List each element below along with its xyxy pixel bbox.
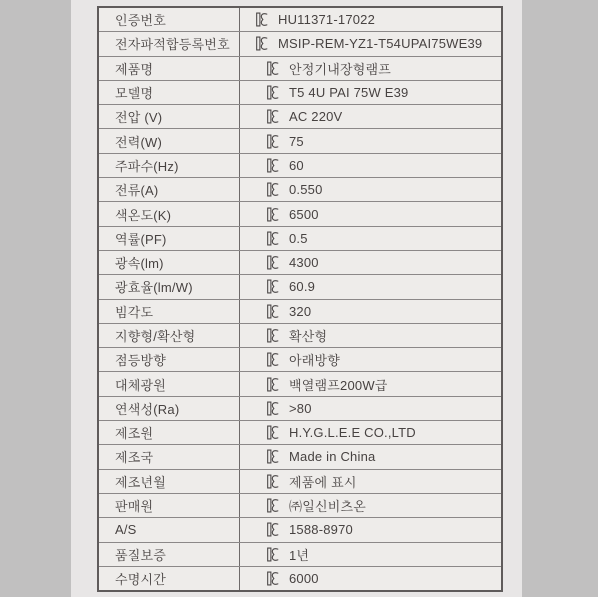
spec-value: AC 220V xyxy=(289,109,342,124)
spec-value: H.Y.G.L.E.E CO.,LTD xyxy=(289,425,416,440)
spec-value-cell: 안정기내장형램프 xyxy=(240,57,501,80)
kc-certification-icon xyxy=(265,278,280,295)
spec-label: 판매원 xyxy=(115,496,153,515)
kc-certification-icon xyxy=(265,84,280,101)
spec-label: 제조년월 xyxy=(115,472,166,491)
spec-label: 인증번호 xyxy=(115,10,166,29)
spec-value: 백열램프200W급 xyxy=(289,375,388,394)
spec-label-cell: 빔각도 xyxy=(99,300,240,323)
spec-label-cell: 모델명 xyxy=(99,81,240,104)
spec-value-cell: 6000 xyxy=(240,567,501,590)
spec-value: 제품에 표시 xyxy=(289,472,357,491)
spec-value-cell: 4300 xyxy=(240,251,501,274)
spec-value: 안정기내장형램프 xyxy=(289,59,391,78)
table-row: 점등방향 아래방향 xyxy=(99,348,501,372)
spec-value: 6500 xyxy=(289,207,319,222)
spec-label-cell: 역률(PF) xyxy=(99,227,240,250)
spec-value-cell: 확산형 xyxy=(240,324,501,347)
spec-label: 광속(lm) xyxy=(115,253,164,272)
spec-value-cell: 0.5 xyxy=(240,227,501,250)
spec-label-cell: 인증번호 xyxy=(99,8,240,31)
spec-value: Made in China xyxy=(289,449,375,464)
spec-label-cell: 제조국 xyxy=(99,445,240,468)
spec-label: A/S xyxy=(115,522,137,537)
kc-certification-icon xyxy=(265,497,280,514)
spec-label-cell: 전압 (V) xyxy=(99,105,240,128)
spec-value-cell: Made in China xyxy=(240,445,501,468)
spec-label: 지향형/확산형 xyxy=(115,326,195,345)
kc-certification-icon xyxy=(265,327,280,344)
product-spec-table: 인증번호 HU11371-17022 전자파적합등록번호 MSIP-REM xyxy=(97,6,503,592)
kc-certification-icon xyxy=(265,351,280,368)
table-row: 색온도(K) 6500 xyxy=(99,202,501,226)
table-row: 빔각도 320 xyxy=(99,300,501,324)
spec-label: 색온도(K) xyxy=(115,205,171,224)
kc-certification-icon xyxy=(265,570,280,587)
spec-value: 아래방향 xyxy=(289,350,340,369)
table-row: 수명시간 6000 xyxy=(99,567,501,590)
spec-label-cell: 전력(W) xyxy=(99,129,240,152)
spec-label-cell: 전자파적합등록번호 xyxy=(99,32,240,55)
spec-label-cell: 수명시간 xyxy=(99,567,240,590)
spec-label: 수명시간 xyxy=(115,569,166,588)
table-row: 판매원 ㈜일신비츠온 xyxy=(99,494,501,518)
spec-value-cell: MSIP-REM-YZ1-T54UPAI75WE39 xyxy=(240,32,501,55)
kc-certification-icon xyxy=(265,473,280,490)
spec-label: 광효율(lm/W) xyxy=(115,277,193,296)
table-row: 광속(lm) 4300 xyxy=(99,251,501,275)
spec-value: ㈜일신비츠온 xyxy=(289,496,366,515)
kc-certification-icon xyxy=(265,133,280,150)
spec-value-cell: 제품에 표시 xyxy=(240,470,501,493)
kc-certification-icon xyxy=(265,303,280,320)
spec-value-cell: AC 220V xyxy=(240,105,501,128)
spec-label-cell: 광속(lm) xyxy=(99,251,240,274)
spec-value: 320 xyxy=(289,304,311,319)
spec-value-cell: H.Y.G.L.E.E CO.,LTD xyxy=(240,421,501,444)
spec-value-cell: >80 xyxy=(240,397,501,420)
spec-value: 0.5 xyxy=(289,231,308,246)
table-row: 전압 (V) AC 220V xyxy=(99,105,501,129)
spec-label: 품질보증 xyxy=(115,545,166,564)
kc-certification-icon xyxy=(265,181,280,198)
spec-label-cell: 점등방향 xyxy=(99,348,240,371)
spec-value-cell: HU11371-17022 xyxy=(240,8,501,31)
table-row: 역률(PF) 0.5 xyxy=(99,227,501,251)
spec-value: 4300 xyxy=(289,255,319,270)
spec-value: HU11371-17022 xyxy=(278,12,375,27)
spec-label: 제품명 xyxy=(115,59,153,78)
spec-value: 1588-8970 xyxy=(289,522,353,537)
spec-label-cell: 주파수(Hz) xyxy=(99,154,240,177)
spec-value-cell: 1588-8970 xyxy=(240,518,501,541)
spec-value: 60 xyxy=(289,158,304,173)
spec-label-cell: 제조년월 xyxy=(99,470,240,493)
kc-certification-icon xyxy=(265,60,280,77)
spec-label: 전류(A) xyxy=(115,180,158,199)
spec-label-cell: 제품명 xyxy=(99,57,240,80)
spec-label: 점등방향 xyxy=(115,350,166,369)
spec-label: 역률(PF) xyxy=(115,229,167,248)
spec-value-cell: 75 xyxy=(240,129,501,152)
kc-certification-icon xyxy=(265,230,280,247)
spec-value-cell: 0.550 xyxy=(240,178,501,201)
spec-label: 전력(W) xyxy=(115,132,162,151)
spec-value-cell: 60.9 xyxy=(240,275,501,298)
table-row: 대체광원 백열램프200W급 xyxy=(99,372,501,396)
spec-value-cell: ㈜일신비츠온 xyxy=(240,494,501,517)
table-row: 전류(A) 0.550 xyxy=(99,178,501,202)
spec-value: 1년 xyxy=(289,545,309,564)
spec-value: >80 xyxy=(289,401,312,416)
spec-value-cell: T5 4U PAI 75W E39 xyxy=(240,81,501,104)
spec-value: T5 4U PAI 75W E39 xyxy=(289,85,409,100)
kc-certification-icon xyxy=(254,35,269,52)
kc-certification-icon xyxy=(254,11,269,28)
spec-value-cell: 백열램프200W급 xyxy=(240,372,501,395)
spec-label: 전압 (V) xyxy=(115,107,162,126)
spec-label: 모델명 xyxy=(115,83,153,102)
spec-value: MSIP-REM-YZ1-T54UPAI75WE39 xyxy=(278,36,482,51)
spec-label-cell: 연색성(Ra) xyxy=(99,397,240,420)
spec-value-cell: 6500 xyxy=(240,202,501,225)
spec-label-cell: 광효율(lm/W) xyxy=(99,275,240,298)
spec-label: 제조국 xyxy=(115,447,153,466)
table-row: 지향형/확산형 확산형 xyxy=(99,324,501,348)
spec-label-cell: 전류(A) xyxy=(99,178,240,201)
kc-certification-icon xyxy=(265,254,280,271)
table-row: 제조국 Made in China xyxy=(99,445,501,469)
spec-label-cell: 대체광원 xyxy=(99,372,240,395)
kc-certification-icon xyxy=(265,108,280,125)
spec-value: 6000 xyxy=(289,571,319,586)
spec-label: 빔각도 xyxy=(115,302,153,321)
table-row: A/S 1588-8970 xyxy=(99,518,501,542)
spec-label-cell: 색온도(K) xyxy=(99,202,240,225)
kc-certification-icon xyxy=(265,206,280,223)
spec-label: 연색성(Ra) xyxy=(115,399,179,418)
kc-certification-icon xyxy=(265,546,280,563)
table-row: 제조원 H.Y.G.L.E.E CO.,LTD xyxy=(99,421,501,445)
spec-label-cell: A/S xyxy=(99,518,240,541)
table-row: 연색성(Ra) >80 xyxy=(99,397,501,421)
spec-value-cell: 아래방향 xyxy=(240,348,501,371)
table-row: 광효율(lm/W) 60.9 xyxy=(99,275,501,299)
spec-label: 전자파적합등록번호 xyxy=(115,34,230,53)
kc-certification-icon xyxy=(265,521,280,538)
spec-label-cell: 지향형/확산형 xyxy=(99,324,240,347)
kc-certification-icon xyxy=(265,448,280,465)
spec-label: 주파수(Hz) xyxy=(115,156,179,175)
table-row: 제조년월 제품에 표시 xyxy=(99,470,501,494)
table-row: 제품명 안정기내장형램프 xyxy=(99,57,501,81)
table-row: 전자파적합등록번호 MSIP-REM-YZ1-T54UPAI75WE39 xyxy=(99,32,501,56)
spec-value-cell: 60 xyxy=(240,154,501,177)
kc-certification-icon xyxy=(265,400,280,417)
spec-value: 75 xyxy=(289,134,304,149)
table-row: 인증번호 HU11371-17022 xyxy=(99,8,501,32)
table-row: 주파수(Hz) 60 xyxy=(99,154,501,178)
kc-certification-icon xyxy=(265,424,280,441)
spec-value: 0.550 xyxy=(289,182,323,197)
spec-value: 60.9 xyxy=(289,279,315,294)
spec-label-cell: 품질보증 xyxy=(99,543,240,566)
table-row: 품질보증 1년 xyxy=(99,543,501,567)
table-row: 전력(W) 75 xyxy=(99,129,501,153)
spec-value-cell: 1년 xyxy=(240,543,501,566)
spec-value-cell: 320 xyxy=(240,300,501,323)
table-row: 모델명 T5 4U PAI 75W E39 xyxy=(99,81,501,105)
spec-label: 대체광원 xyxy=(115,375,166,394)
spec-value: 확산형 xyxy=(289,326,327,345)
kc-certification-icon xyxy=(265,376,280,393)
kc-certification-icon xyxy=(265,157,280,174)
spec-label-cell: 제조원 xyxy=(99,421,240,444)
spec-label-cell: 판매원 xyxy=(99,494,240,517)
spec-label: 제조원 xyxy=(115,423,153,442)
